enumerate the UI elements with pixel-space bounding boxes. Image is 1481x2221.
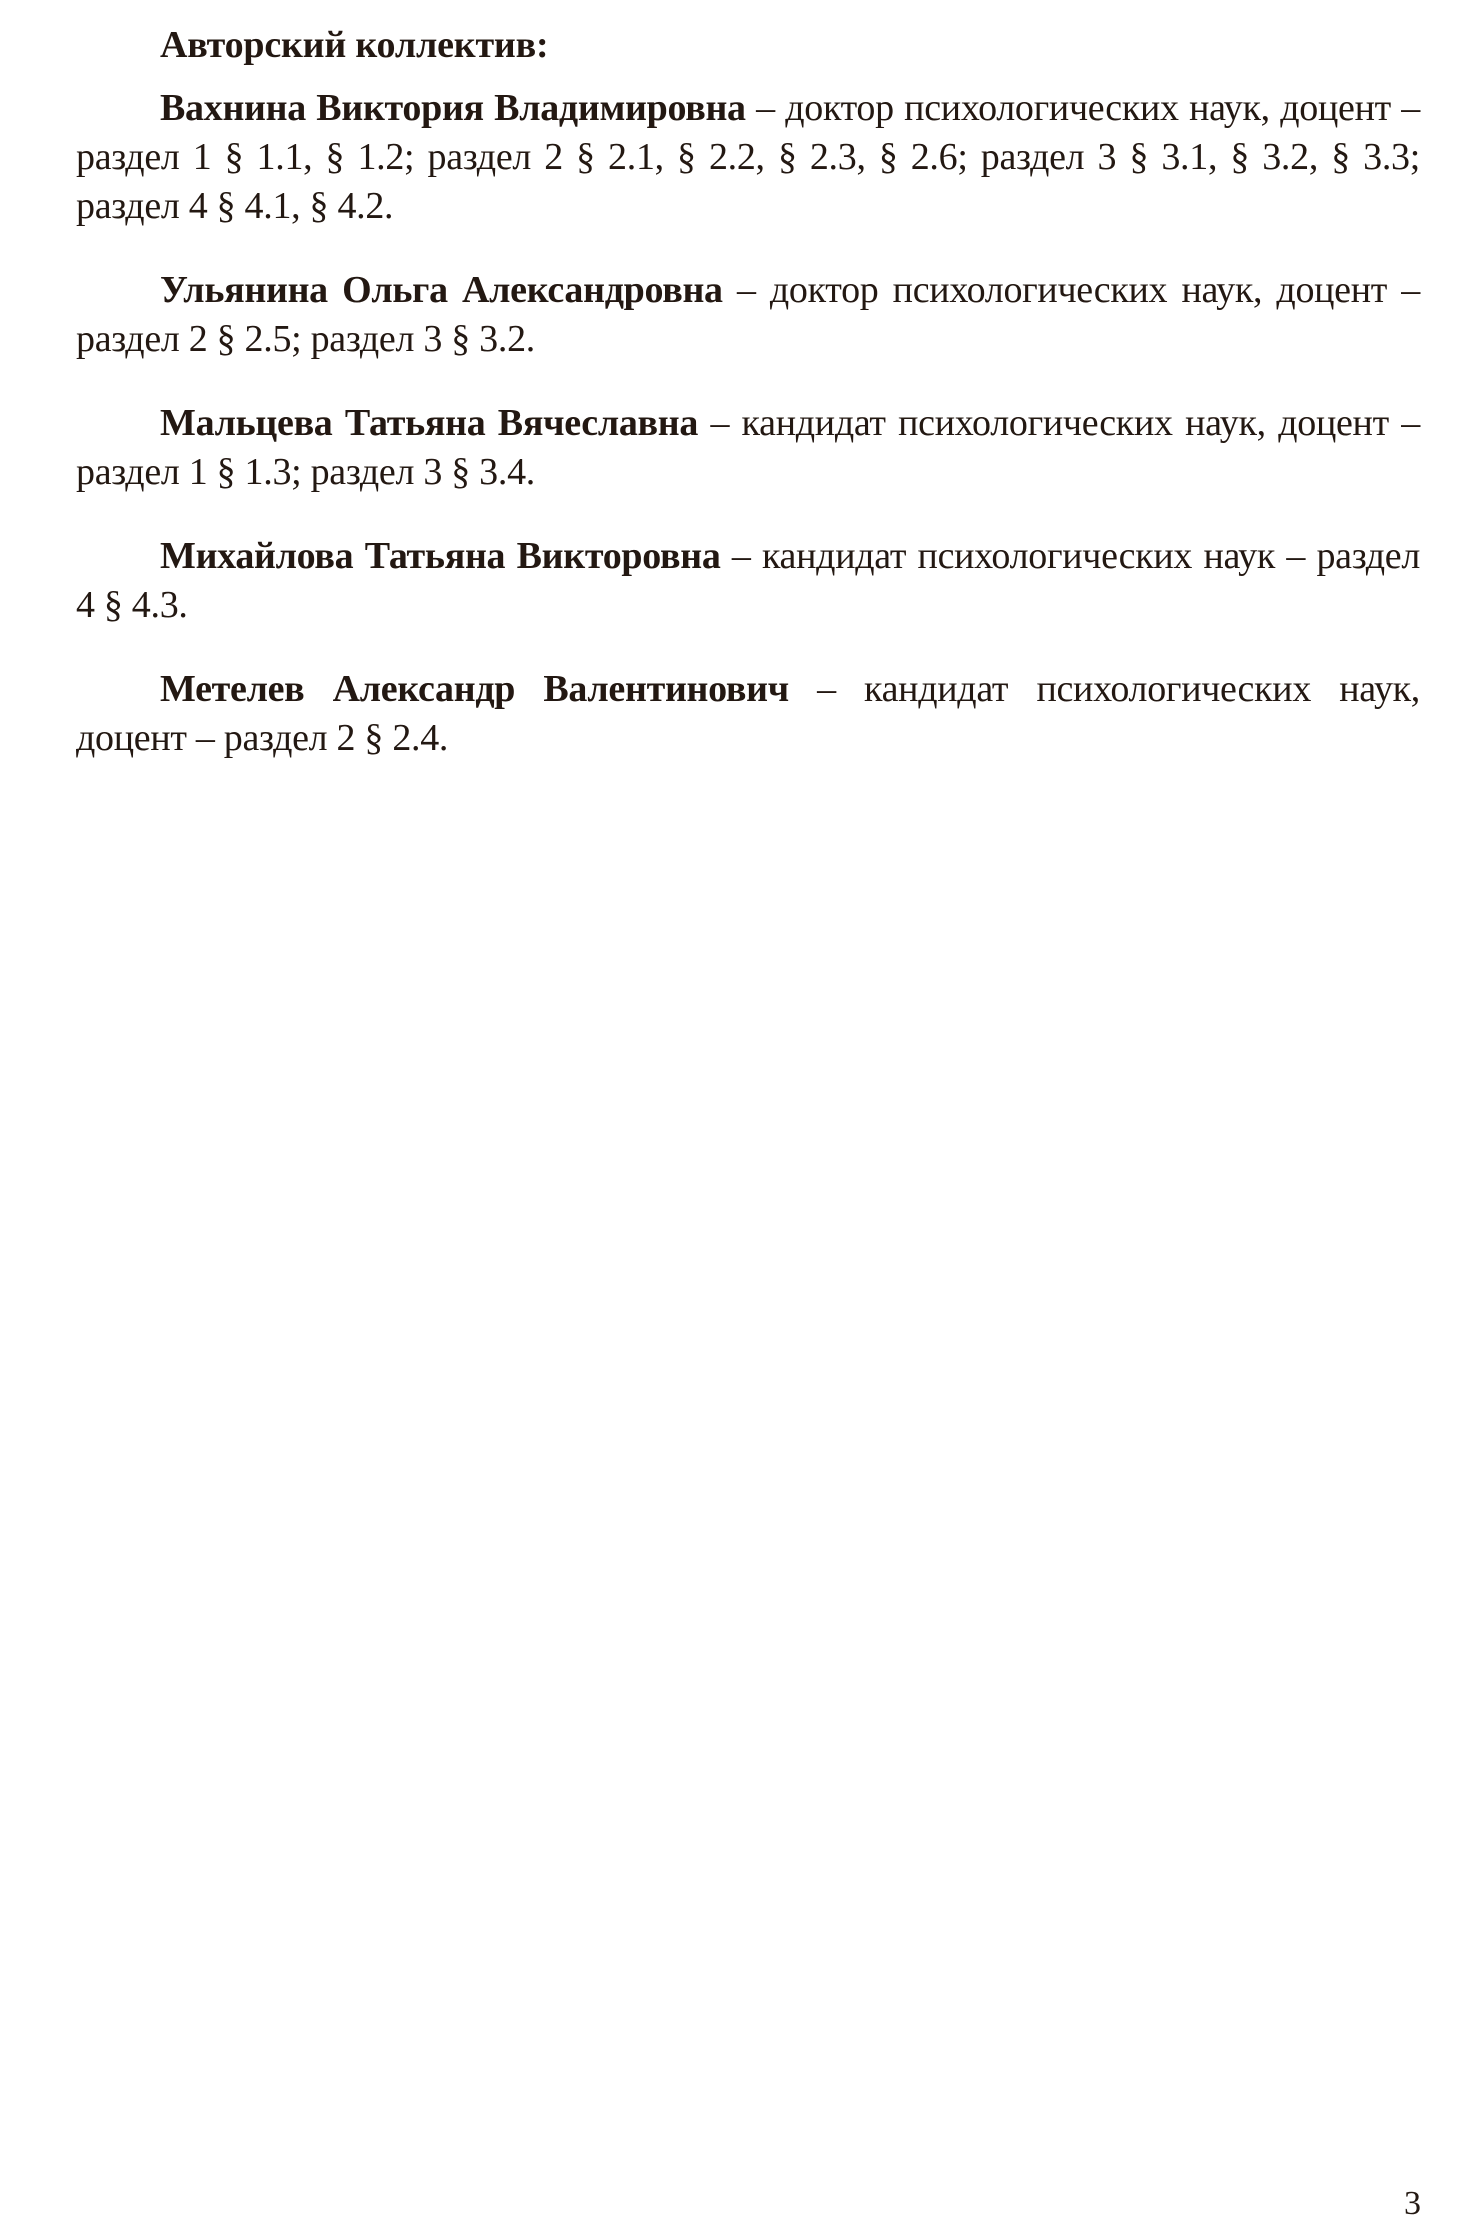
author-name: Вахнина Виктория Владимировна	[160, 87, 746, 129]
author-entry: Вахнина Виктория Владимировна – доктор п…	[76, 84, 1420, 231]
author-name: Метелев Александр Валентинович	[160, 668, 789, 710]
author-entry: Метелев Александр Валентинович – кандида…	[76, 665, 1420, 763]
author-name: Ульянина Ольга Александровна	[160, 269, 723, 311]
author-name: Михайлова Татьяна Викторовна	[160, 535, 721, 577]
author-entry: Мальцева Татьяна Вячеславна – кандидат п…	[76, 399, 1420, 497]
authors-heading: Авторский коллектив:	[76, 20, 1420, 70]
document-page: Авторский коллектив: Вахнина Виктория Вл…	[76, 20, 1420, 798]
author-name: Мальцева Татьяна Вячеславна	[160, 402, 698, 444]
page-number: 3	[1404, 2186, 1421, 2221]
author-entry: Михайлова Татьяна Викторовна – кандидат …	[76, 532, 1420, 630]
author-entry: Ульянина Ольга Александровна – доктор пс…	[76, 266, 1420, 364]
